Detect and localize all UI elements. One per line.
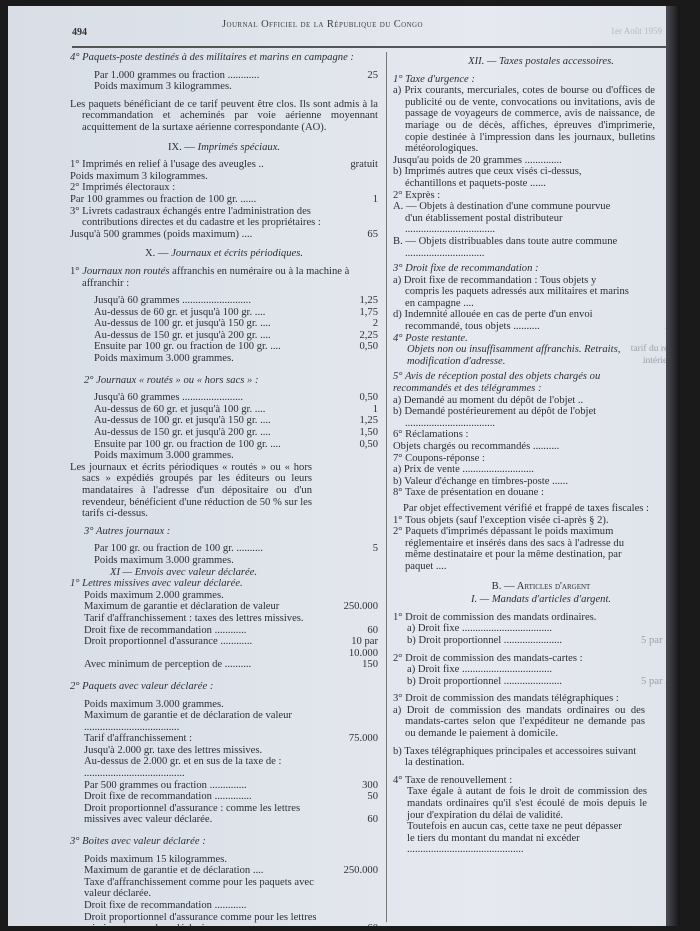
rate-row: 2° Exprès :80 <box>393 190 680 202</box>
rate-row: b) Droit proportionnel .................… <box>393 676 680 688</box>
section-heading: 4° Paquets-poste destinés à des militair… <box>70 52 378 64</box>
rate-row: 1° Tous objets (sauf l'exception visée c… <box>393 515 680 527</box>
chapter-subheading: I. — Mandats d'articles d'argent. <box>393 594 680 606</box>
rate-label: Poids maximum 3.000 grammes. <box>84 699 326 711</box>
rate-list: 1° Tous objets (sauf l'exception visée c… <box>393 515 680 573</box>
rate-row: 6° Réclamations : <box>393 429 680 441</box>
rate-list: a) Droit fixe de recommandation : Tous o… <box>393 275 680 333</box>
rate-label: Poids maximum 3.000 grammes. <box>94 353 326 365</box>
rate-row: Droit proportionnel d'assurance comme po… <box>84 912 378 926</box>
rate-row: Jusqu'à 60 grammes .....................… <box>94 392 378 404</box>
rate-row: Poids maximum 15 kilogrammes. <box>84 854 378 866</box>
rate-row: Objets chargés ou recommandés ..........… <box>393 441 680 453</box>
rate-row: 2° Imprimés électoraux : <box>70 182 378 194</box>
rate-row: 10.000 <box>84 648 378 660</box>
rate-row: Droit proportionnel d'assurance : comme … <box>84 803 378 826</box>
chapter-heading: X. — Journaux et écrits périodiques. <box>70 248 378 260</box>
rate-value: 0,50 <box>326 392 378 404</box>
rate-value: 250.000 <box>326 601 378 613</box>
rate-row: Poids maximum 3 kilogrammes. <box>70 171 378 183</box>
rate-label: Au-dessus de 100 gr. et jusqu'à 150 gr. … <box>94 318 326 330</box>
rate-label: b) Demandé postérieurement au dépôt de l… <box>405 406 629 429</box>
rate-label: Au-dessus de 2.000 gr. et en sus de la t… <box>84 756 326 779</box>
rate-label: B. — Objets distribuables dans toute aut… <box>405 236 629 259</box>
note: Les paquets bénéficiant de ce tarif peuv… <box>70 99 378 134</box>
rate-label: Ensuite par 100 gr. ou fraction de 100 g… <box>94 341 326 353</box>
rate-row: 2° Paquets d'imprimés dépassant le poids… <box>393 526 680 572</box>
rate-value: 2 <box>326 318 378 330</box>
rate-row: Toutefois en aucun cas, cette taxe ne pe… <box>393 821 680 856</box>
rate-list: a) Demandé au moment du dépôt de l'objet… <box>393 395 680 499</box>
rate-label: Objets chargés ou recommandés .......... <box>405 441 629 453</box>
rate-value: 60 <box>326 923 378 926</box>
journal-title: Journal Officiel de la République du Con… <box>222 19 423 30</box>
rate-row: Maximum de garantie et de déclaration de… <box>84 710 378 733</box>
rate-row: Ensuite par 100 gr. ou fraction de 100 g… <box>94 439 378 451</box>
rate-list: Poids maximum 15 kilogrammes.Maximum de … <box>70 854 378 926</box>
rate-value: 60 <box>326 625 378 637</box>
rate-row: Par 100 gr. ou fraction de 100 gr. .....… <box>94 543 378 555</box>
rate-row: Au-dessus de 100 gr. et jusqu'à 150 gr. … <box>94 415 378 427</box>
rate-value: 1,25 <box>326 415 378 427</box>
rate-list: 1° Imprimés en relief à l'usage des aveu… <box>70 159 378 240</box>
rate-value: 1 <box>326 194 378 206</box>
rate-row: b) Demandé postérieurement au dépôt de l… <box>393 406 680 429</box>
rate-label: Poids maximum 3.000 grammes. <box>94 450 326 462</box>
rate-label: 2° Exprès : <box>405 190 629 202</box>
rate-row: Poids maximum 3.000 grammes. <box>94 450 378 462</box>
item-text: a) Droit de commission des mandats ordin… <box>393 705 645 740</box>
rate-label: Jusqu'à 60 grammes .....................… <box>94 295 326 307</box>
rate-label: A. — Objets à destination d'une commune … <box>405 201 629 236</box>
rate-label: Jusqu'à 60 grammes .....................… <box>94 392 326 404</box>
subsection-heading: 2° Paquets avec valeur déclarée : <box>70 681 378 693</box>
rate-value: 0,50 <box>326 341 378 353</box>
rate-row: Maximum de garantie et de déclaration ..… <box>84 865 378 877</box>
rate-row: d) Indemnité allouée en cas de perte d'u… <box>393 309 680 332</box>
rate-label: b) Imprimés autres que ceux visés ci-des… <box>405 166 629 189</box>
item-text: a) Prix courants, mercuriales, cotes de … <box>393 85 655 155</box>
rate-row: Par 100 grammes ou fraction de 100 gr. .… <box>70 194 378 206</box>
rate-label: Droit proportionnel d'assurance ........… <box>84 636 326 648</box>
subsection-heading: 1° Droit de commission des mandats ordin… <box>393 612 680 624</box>
rate-label: 7° Coupons-réponse : <box>405 453 629 465</box>
rate-row: Poids maximum 3.000 grammes. <box>94 353 378 365</box>
rate-value: 0,50 <box>326 439 378 451</box>
rate-label: Maximum de garantie et de déclaration de… <box>84 710 326 733</box>
rate-label: Jusqu'à 500 grammes (poids maximum) .... <box>82 229 326 241</box>
rate-label: Au-dessus de 100 gr. et jusqu'à 150 gr. … <box>94 415 326 427</box>
rate-label: d) Indemnité allouée en cas de perte d'u… <box>405 309 629 332</box>
subsection-heading: 3° Boites avec valeur déclarée : <box>70 836 378 848</box>
subsection-heading: 5° Avis de réception postal des objets c… <box>393 371 643 394</box>
rate-label: b) Valeur d'échange en timbres-poste ...… <box>405 476 629 488</box>
rate-label: Ensuite par 100 gr. ou fraction de 100 g… <box>94 439 326 451</box>
rate-row: 8° Taxe de présentation en douane : <box>393 487 680 499</box>
rate-value: 5 <box>326 543 378 555</box>
subsection-heading: 3° Droit de commission des mandats télég… <box>393 693 655 705</box>
subsection-heading: 2° Droit de commission des mandats-carte… <box>393 653 680 665</box>
rate-row: Au-dessus de 2.000 gr. et en sus de la t… <box>84 756 378 779</box>
rate-label: Jusqu'à 2.000 gr. taxe des lettres missi… <box>84 745 326 757</box>
rate-row: Poids maximum 2.000 grammes. <box>84 590 378 602</box>
subsection-heading: 4° Poste restante. <box>393 333 680 345</box>
item-text: Par objet effectivement vérifié et frapp… <box>393 503 653 515</box>
rate-value: gratuit <box>326 159 378 171</box>
rate-value: 25 <box>326 70 378 82</box>
rate-list: Poids maximum 3.000 grammes.Maximum de g… <box>70 699 378 827</box>
rate-row: Droit fixe de recommandation ...........… <box>84 791 378 803</box>
rate-value: 1,75 <box>326 307 378 319</box>
rate-row: a) Droit fixe ..........................… <box>393 664 680 676</box>
rate-value: 150 <box>326 659 378 671</box>
rate-value: 1,50 <box>326 427 378 439</box>
rate-label: Tarif d'affranchissement : <box>84 733 326 745</box>
rate-row: Poids maximum 3.000 grammes. <box>84 699 378 711</box>
rate-label: 1° Tous objets (sauf l'exception visée c… <box>405 515 629 527</box>
rate-list: Par 100 gr. ou fraction de 100 gr. .....… <box>70 543 378 566</box>
rate-label: 1° Imprimés en relief à l'usage des aveu… <box>82 159 326 171</box>
rate-row: Par 500 grammes ou fraction ............… <box>84 780 378 792</box>
rate-row: Au-dessus de 100 gr. et jusqu'à 150 gr. … <box>94 318 378 330</box>
rate-label: Droit proportionnel d'assurance : comme … <box>84 803 326 826</box>
rate-list: Jusqu'au poids de 20 grammes ...........… <box>393 155 680 259</box>
rate-value: 75.000 <box>326 733 378 745</box>
rate-row: Jusqu'à 60 grammes .....................… <box>94 295 378 307</box>
rate-row: a) Demandé au moment du dépôt de l'objet… <box>393 395 680 407</box>
left-column: 4° Paquets-poste destinés à des militair… <box>70 52 378 926</box>
right-column: XII. — Taxes postales accessoires. 1° Ta… <box>386 52 680 922</box>
subsection-heading: 1° Taxe d'urgence : <box>393 74 680 86</box>
rate-row: B. — Objets distribuables dans toute aut… <box>393 236 680 259</box>
rate-label: 3° Livrets cadastraux échangés entre l'a… <box>82 206 326 229</box>
rate-row: Ensuite par 100 gr. ou fraction de 100 g… <box>94 341 378 353</box>
rate-value: 65 <box>326 229 378 241</box>
document-page: 494 Journal Officiel de la République du… <box>8 6 680 926</box>
rate-row: 3° Livrets cadastraux échangés entre l'a… <box>70 206 378 229</box>
subsection-heading: 1° Journaux non routés affranchis en num… <box>70 266 378 289</box>
header-rule <box>72 46 672 48</box>
rate-value: 60 <box>326 814 378 826</box>
rate-value: 50 <box>326 791 378 803</box>
rate-label: Avec minimum de perception de .......... <box>84 659 326 671</box>
rate-label: Au-dessus de 60 gr. et jusqu'à 100 gr. .… <box>94 404 326 416</box>
rate-row: Tarif d'affranchissement :75.000 <box>84 733 378 745</box>
rate-row: b) Droit proportionnel .................… <box>393 635 680 647</box>
subsection-heading: 2° Journaux « routés » ou « hors sacs » … <box>70 375 378 387</box>
rate-label: Poids maximum 3 kilogrammes. <box>82 171 326 183</box>
issue-date: 1er Août 1959 <box>611 26 663 36</box>
rate-label: Au-dessus de 150 gr. et jusqu'à 200 gr. … <box>94 427 326 439</box>
rate-label: a) Droit fixe ..........................… <box>407 623 629 635</box>
rate-row: 1° Imprimés en relief à l'usage des aveu… <box>70 159 378 171</box>
rate-list: a) Droit fixe ..........................… <box>393 623 680 646</box>
rate-label: 6° Réclamations : <box>405 429 629 441</box>
rate-label: Droit fixe de recommandation ...........… <box>84 900 326 912</box>
rate-label: Par 100 gr. ou fraction de 100 gr. .....… <box>94 543 326 555</box>
rate-label: Jusqu'au poids de 20 grammes ...........… <box>405 155 629 167</box>
rate-label: Taxe d'affranchissement comme pour les p… <box>84 877 326 900</box>
chapter-heading: XII. — Taxes postales accessoires. <box>393 56 680 68</box>
rate-label: Par 1.000 grammes ou fraction ..........… <box>94 70 326 82</box>
rate-label: 2° Imprimés électoraux : <box>82 182 326 194</box>
rate-label: Par 100 grammes ou fraction de 100 gr. .… <box>82 194 326 206</box>
rate-list: Par 1.000 grammes ou fraction ..........… <box>70 70 378 93</box>
rate-row: Au-dessus de 150 gr. et jusqu'à 200 gr. … <box>94 427 378 439</box>
rate-label: b) Droit proportionnel .................… <box>407 635 629 647</box>
rate-value: 1 <box>326 404 378 416</box>
rate-row: Droit proportionnel d'assurance ........… <box>84 636 378 648</box>
rate-list: Jusqu'à 60 grammes .....................… <box>70 392 378 462</box>
rate-row: Droit fixe de recommandation ...........… <box>84 625 378 637</box>
item-text: Taxe égale à autant de fois le droit de … <box>393 786 647 821</box>
rate-label: a) Droit fixe ..........................… <box>407 664 629 676</box>
rate-label: Au-dessus de 60 gr. et jusqu'à 100 gr. .… <box>94 307 326 319</box>
rate-label: Poids maximum 2.000 grammes. <box>84 590 326 602</box>
rate-row: Tarif d'affranchissement : taxes des let… <box>84 613 378 625</box>
rate-row: Avec minimum de perception de ..........… <box>84 659 378 671</box>
rate-label: Poids maximum 3.000 grammes. <box>94 555 326 567</box>
book-spine <box>666 6 680 926</box>
chapter-heading: XI — Envois avec valeur déclarée. <box>70 567 378 579</box>
subsection-heading: 3° Autres journaux : <box>70 526 378 538</box>
page-number: 494 <box>72 27 87 38</box>
rate-row: b) Imprimés autres que ceux visés ci-des… <box>393 166 680 189</box>
rate-label: 8° Taxe de présentation en douane : <box>405 487 629 499</box>
rate-row: Maximum de garantie et déclaration de va… <box>84 601 378 613</box>
rate-label: a) Prix de vente .......................… <box>405 464 629 476</box>
rate-row: Jusqu'à 2.000 gr. taxe des lettres missi… <box>84 745 378 757</box>
rate-row: a) Droit fixe de recommandation : Tous o… <box>393 275 680 310</box>
rate-value: 300 <box>326 780 378 792</box>
note: Les journaux et écrits périodiques « rou… <box>70 462 312 520</box>
rate-row: Jusqu'à 500 grammes (poids maximum) ....… <box>70 229 378 241</box>
rate-row: Poids maximum 3.000 grammes. <box>94 555 378 567</box>
subsection-heading: 1° Lettres missives avec valeur déclarée… <box>70 578 378 590</box>
rate-row: a) Droit fixe ..........................… <box>393 623 680 635</box>
rate-label: Maximum de garantie et de déclaration ..… <box>84 865 326 877</box>
rate-list: Toutefois en aucun cas, cette taxe ne pe… <box>393 821 680 856</box>
rate-label: a) Demandé au moment du dépôt de l'objet… <box>405 395 629 407</box>
page-header: 494 Journal Officiel de la République du… <box>72 18 680 48</box>
rate-row: A. — Objets à destination d'une commune … <box>393 201 680 236</box>
rate-value: 10 par <box>326 636 378 648</box>
rate-label: Droit fixe de recommandation ...........… <box>84 791 326 803</box>
rate-label: Au-dessus de 150 gr. et jusqu'à 200 gr. … <box>94 330 326 342</box>
subsection-heading: 3° Droit fixe de recommandation : <box>393 263 680 275</box>
rate-list: Poids maximum 2.000 grammes.Maximum de g… <box>70 590 378 671</box>
rate-row: Jusqu'au poids de 20 grammes ...........… <box>393 155 680 167</box>
rate-row: Poids maximum 3 kilogrammes. <box>94 81 378 93</box>
rate-row: Au-dessus de 60 gr. et jusqu'à 100 gr. .… <box>94 404 378 416</box>
rate-list: a) Droit fixe ..........................… <box>393 664 680 687</box>
rate-label: Par 500 grammes ou fraction ............… <box>84 780 326 792</box>
rate-label: Poids maximum 3 kilogrammes. <box>94 81 326 93</box>
rate-value: 1,25 <box>326 295 378 307</box>
rate-label: Poids maximum 15 kilogrammes. <box>84 854 326 866</box>
rate-row: Droit fixe de recommandation ...........… <box>84 900 378 912</box>
rate-label: Droit proportionnel d'assurance comme po… <box>84 912 326 926</box>
rate-label: Tarif d'affranchissement : taxes des let… <box>84 613 326 625</box>
rate-row: b) Valeur d'échange en timbres-poste ...… <box>393 476 680 488</box>
rate-label: 2° Paquets d'imprimés dépassant le poids… <box>405 526 629 572</box>
rate-label: a) Droit fixe de recommandation : Tous o… <box>405 275 629 310</box>
rate-label: Droit fixe de recommandation ...........… <box>84 625 326 637</box>
rate-row: Taxe d'affranchissement comme pour les p… <box>84 877 378 900</box>
rate-row: Au-dessus de 150 gr. et jusqu'à 200 gr. … <box>94 330 378 342</box>
chapter-heading: B. — Articles d'argent <box>393 581 680 593</box>
rate-row: 7° Coupons-réponse : <box>393 453 680 465</box>
subsection-heading: 4° Taxe de renouvellement : <box>393 775 680 787</box>
rate-row: Au-dessus de 60 gr. et jusqu'à 100 gr. .… <box>94 307 378 319</box>
rate-label: Toutefois en aucun cas, cette taxe ne pe… <box>407 821 629 856</box>
rate-value: 10.000 <box>326 648 378 660</box>
rate-row: a) Prix de vente .......................… <box>393 464 680 476</box>
rate-value: 2,25 <box>326 330 378 342</box>
rate-row: Objets non ou insuffisamment affranchis.… <box>393 344 680 367</box>
item-text: b) Taxes télégraphiques principales et a… <box>393 746 645 769</box>
rate-row: Par 1.000 grammes ou fraction ..........… <box>94 70 378 82</box>
rate-label: b) Droit proportionnel .................… <box>407 676 629 688</box>
chapter-heading: IX. — Imprimés spéciaux. <box>70 142 378 154</box>
rate-list: Jusqu'à 60 grammes .....................… <box>70 295 378 365</box>
rate-label: Maximum de garantie et déclaration de va… <box>84 601 326 613</box>
rate-value: 250.000 <box>326 865 378 877</box>
